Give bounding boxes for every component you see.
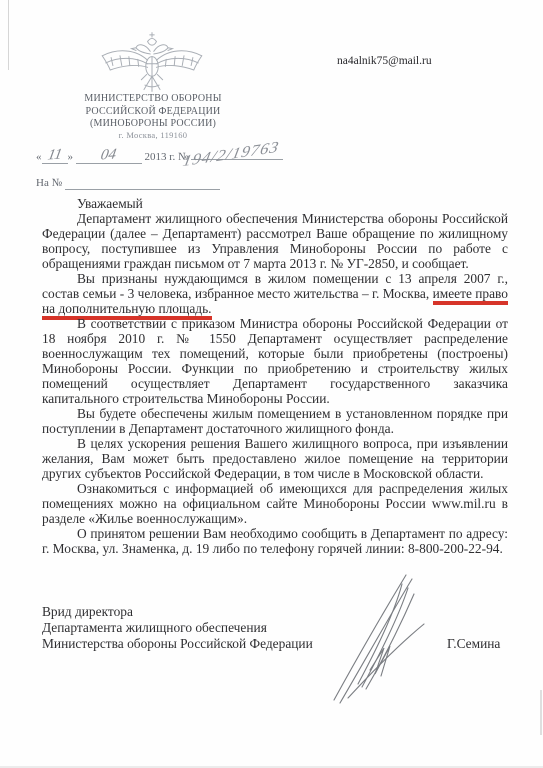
- signer-title-line-2: Департамента жилищного обеспечения: [42, 620, 313, 636]
- scanned-letter: МИНИСТЕРСТВО ОБОРОНЫ РОССИЙСКОЙ ФЕДЕРАЦИ…: [0, 0, 543, 768]
- org-line-3: (МИНОБОРОНЫ РОССИИ): [57, 118, 249, 131]
- paragraph-1: Департамент жилищного обеспечения Минист…: [42, 211, 508, 271]
- paragraph-4: Вы будете обеспечены жилым помещением в …: [42, 406, 508, 436]
- paragraph-7: О принятом решении Вам необходимо сообщи…: [42, 526, 508, 556]
- org-line-1: МИНИСТЕРСТВО ОБОРОНЫ: [57, 93, 249, 106]
- reference-field: [65, 177, 220, 190]
- day-field: 11: [42, 151, 68, 164]
- date-number-line: «11» 04 2013 г. № 194/2/19763: [36, 151, 283, 164]
- paragraph-2: Вы признаны нуждающимся в жилом помещени…: [42, 271, 508, 316]
- signer-title-line-3: Министерства обороны Российской Федераци…: [42, 636, 313, 652]
- double-headed-eagle-icon: [98, 30, 206, 94]
- reference-label: На №: [36, 177, 62, 189]
- reference-line: На №: [36, 177, 220, 190]
- signer-title-line-1: Врид директора: [42, 604, 313, 620]
- doc-number-field: 194/2/19763: [191, 159, 283, 160]
- paragraph-3: В соответствии с приказом Министра оборо…: [42, 316, 508, 406]
- pen-signature-icon: [328, 572, 446, 707]
- paragraph-6: Ознакомиться с информацией об имеющихся …: [42, 481, 508, 526]
- month-field: 04: [76, 151, 142, 164]
- handwritten-doc-number: 194/2/19763: [182, 143, 280, 167]
- salutation: Уважаемый: [42, 196, 508, 211]
- paragraph-5: В целях ускорения решения Вашего жилищно…: [42, 436, 508, 481]
- handwritten-day: 11: [47, 150, 63, 161]
- handwritten-month: 04: [100, 149, 117, 160]
- ministry-name: МИНИСТЕРСТВО ОБОРОНЫ РОССИЙСКОЙ ФЕДЕРАЦИ…: [57, 93, 249, 131]
- org-line-2: РОССИЙСКОЙ ФЕДЕРАЦИИ: [57, 106, 249, 119]
- year-number-label: 2013 г. №: [145, 151, 189, 163]
- scan-edge-artifact: [540, 690, 542, 735]
- signer-name: Г.Семина: [447, 636, 500, 652]
- letter-body: Уважаемый Департамент жилищного обеспече…: [42, 196, 508, 556]
- recipient-email: na4alnik75@mail.ru: [337, 55, 432, 67]
- scan-edge-artifact: [8, 0, 9, 70]
- ministry-address: г. Москва, 119160: [57, 130, 249, 140]
- signer-title: Врид директора Департамента жилищного об…: [42, 604, 313, 652]
- quote-close: »: [68, 151, 74, 163]
